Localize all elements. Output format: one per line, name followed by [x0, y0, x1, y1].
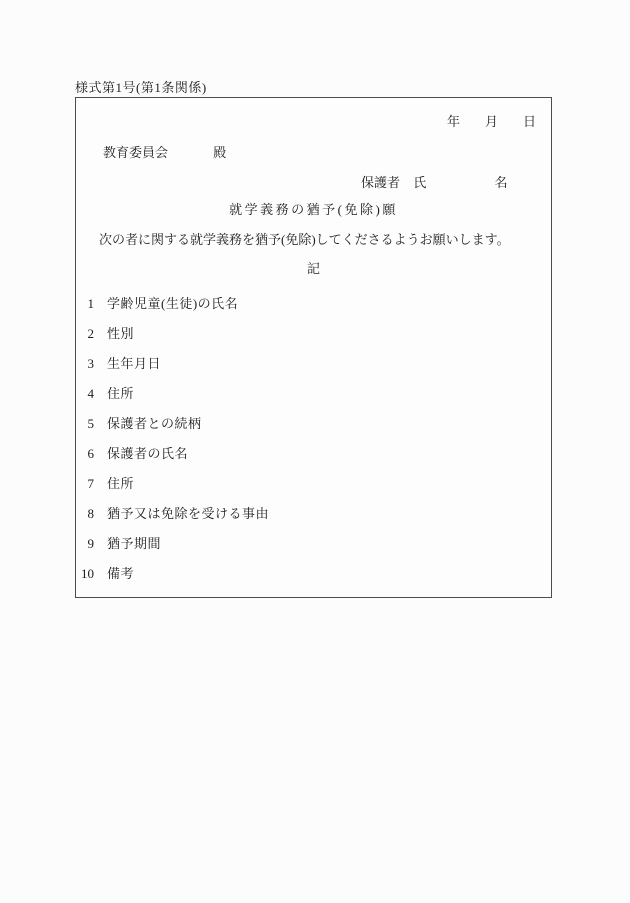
list-item: 2 性別 [76, 319, 551, 349]
list-item: 5 保護者との続柄 [76, 409, 551, 439]
item-number: 6 [76, 439, 94, 469]
item-number: 5 [76, 409, 94, 439]
ki-heading: 記 [76, 261, 551, 277]
item-number: 9 [76, 529, 94, 559]
list-item: 1 学齢児童(生徒)の氏名 [76, 289, 551, 319]
item-number: 7 [76, 469, 94, 499]
application-form-frame: 年 月 日 教育委員会 殿 保護者 氏 名 就学義務の猶予(免除)願 次の者に関… [75, 97, 552, 598]
list-item: 3 生年月日 [76, 349, 551, 379]
item-number: 4 [76, 379, 94, 409]
addressee-name: 教育委員会 [103, 145, 168, 160]
guardian-surname-label: 氏 [413, 175, 426, 190]
item-number: 1 [76, 289, 94, 319]
date-year-label: 年 [447, 114, 460, 130]
item-number: 3 [76, 349, 94, 379]
item-label: 住所 [107, 379, 134, 409]
date-month-label: 月 [485, 114, 498, 130]
request-sentence: 次の者に関する就学義務を猶予(免除)してくださるようお願いします。 [76, 232, 551, 248]
list-item: 8 猶予又は免除を受ける事由 [76, 499, 551, 529]
document-title: 就学義務の猶予(免除)願 [76, 202, 551, 218]
item-label: 生年月日 [107, 349, 161, 379]
addressee-line: 教育委員会 殿 [76, 145, 551, 161]
addressee-honorific: 殿 [213, 145, 226, 160]
item-label: 猶予又は免除を受ける事由 [107, 499, 269, 529]
guardian-label: 保護者 [361, 175, 400, 190]
list-item: 6 保護者の氏名 [76, 439, 551, 469]
item-label: 住所 [107, 469, 134, 499]
item-number: 10 [76, 559, 94, 589]
item-label: 性別 [107, 319, 134, 349]
guardian-signature-line: 保護者 氏 名 [76, 175, 551, 191]
item-label: 猶予期間 [107, 529, 161, 559]
item-label: 保護者の氏名 [107, 439, 188, 469]
item-label: 備考 [107, 559, 134, 589]
form-number-label: 様式第1号(第1条関係) [75, 80, 207, 96]
item-number: 2 [76, 319, 94, 349]
guardian-givenname-label: 名 [495, 175, 508, 190]
list-item: 9 猶予期間 [76, 529, 551, 559]
list-item: 10 備考 [76, 559, 551, 589]
list-item: 7 住所 [76, 469, 551, 499]
item-label: 保護者との続柄 [107, 409, 202, 439]
item-number: 8 [76, 499, 94, 529]
document-page: 様式第1号(第1条関係) 年 月 日 教育委員会 殿 保護者 氏 名 就学義務の… [0, 0, 630, 903]
date-line: 年 月 日 [76, 114, 551, 130]
item-list: 1 学齢児童(生徒)の氏名 2 性別 3 生年月日 4 住所 5 保護者との続柄… [76, 289, 551, 589]
item-label: 学齢児童(生徒)の氏名 [107, 289, 238, 319]
date-day-label: 日 [523, 114, 536, 130]
list-item: 4 住所 [76, 379, 551, 409]
